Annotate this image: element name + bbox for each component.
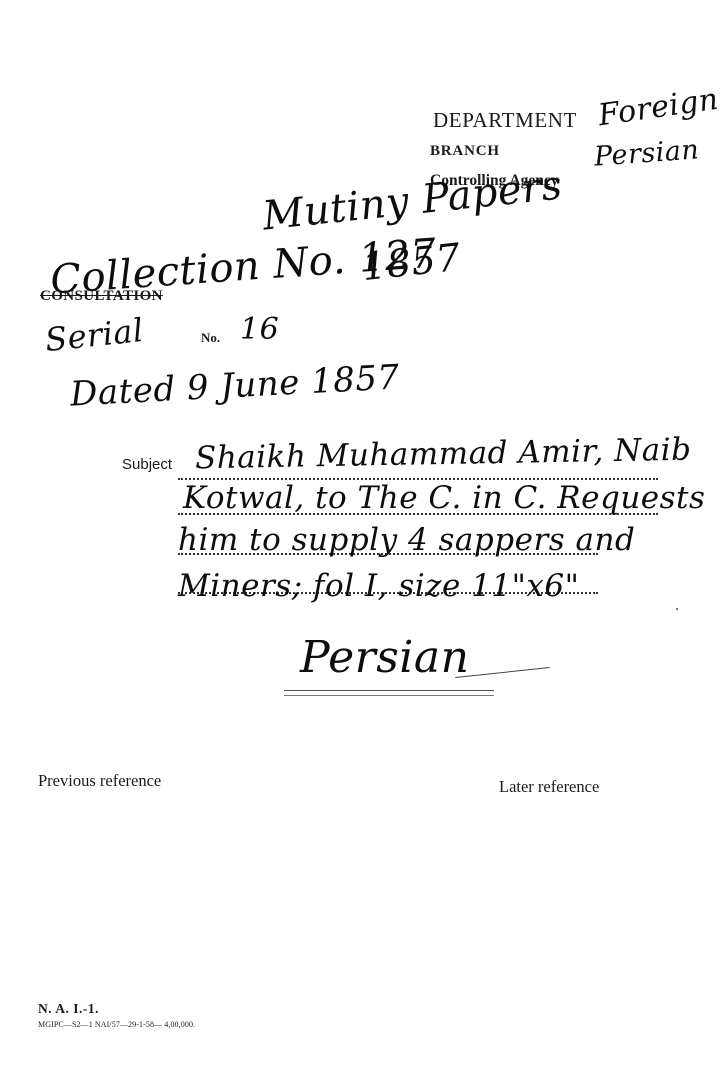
subject-line-4: Miners; fol I, size 11"x6" [178, 568, 579, 604]
subject-line-2: Kotwal, to The C. in C. Requests [183, 480, 705, 516]
branch-label: BRANCH [430, 143, 500, 160]
number-label: No. [201, 330, 220, 346]
form-code: N. A. I.-1. [38, 1001, 99, 1017]
double-underline [284, 690, 494, 696]
language-note-handwritten: Persian [300, 632, 469, 683]
later-reference-label: Later reference [499, 777, 599, 797]
subject-label: Subject [122, 456, 172, 473]
subject-line-1: Shaikh Muhammad Amir, Naib [195, 432, 692, 477]
printer-imprint-line: MGIPC—S2—1 NAI/57—29-1-58— 4,00,000. [38, 1020, 195, 1029]
serial-label-handwritten: Serial [43, 311, 145, 359]
department-value-handwritten: Foreign [596, 82, 721, 133]
serial-number-handwritten: 16 [240, 312, 279, 347]
ink-speck [676, 608, 678, 610]
year-handwritten: 1857 [360, 235, 463, 289]
collection-title-handwritten: Mutiny Papers [260, 162, 564, 239]
consultation-label-struck: CONSULTATION [40, 288, 163, 305]
archive-cover-sheet: DEPARTMENT Foreign BRANCH Persian Contro… [0, 0, 723, 1067]
subject-line-3: him to supply 4 sappers and [178, 522, 635, 558]
department-label: DEPARTMENT [433, 108, 577, 133]
branch-value-handwritten: Persian [593, 134, 700, 172]
previous-reference-label: Previous reference [38, 771, 161, 791]
date-handwritten: Dated 9 June 1857 [69, 357, 400, 414]
